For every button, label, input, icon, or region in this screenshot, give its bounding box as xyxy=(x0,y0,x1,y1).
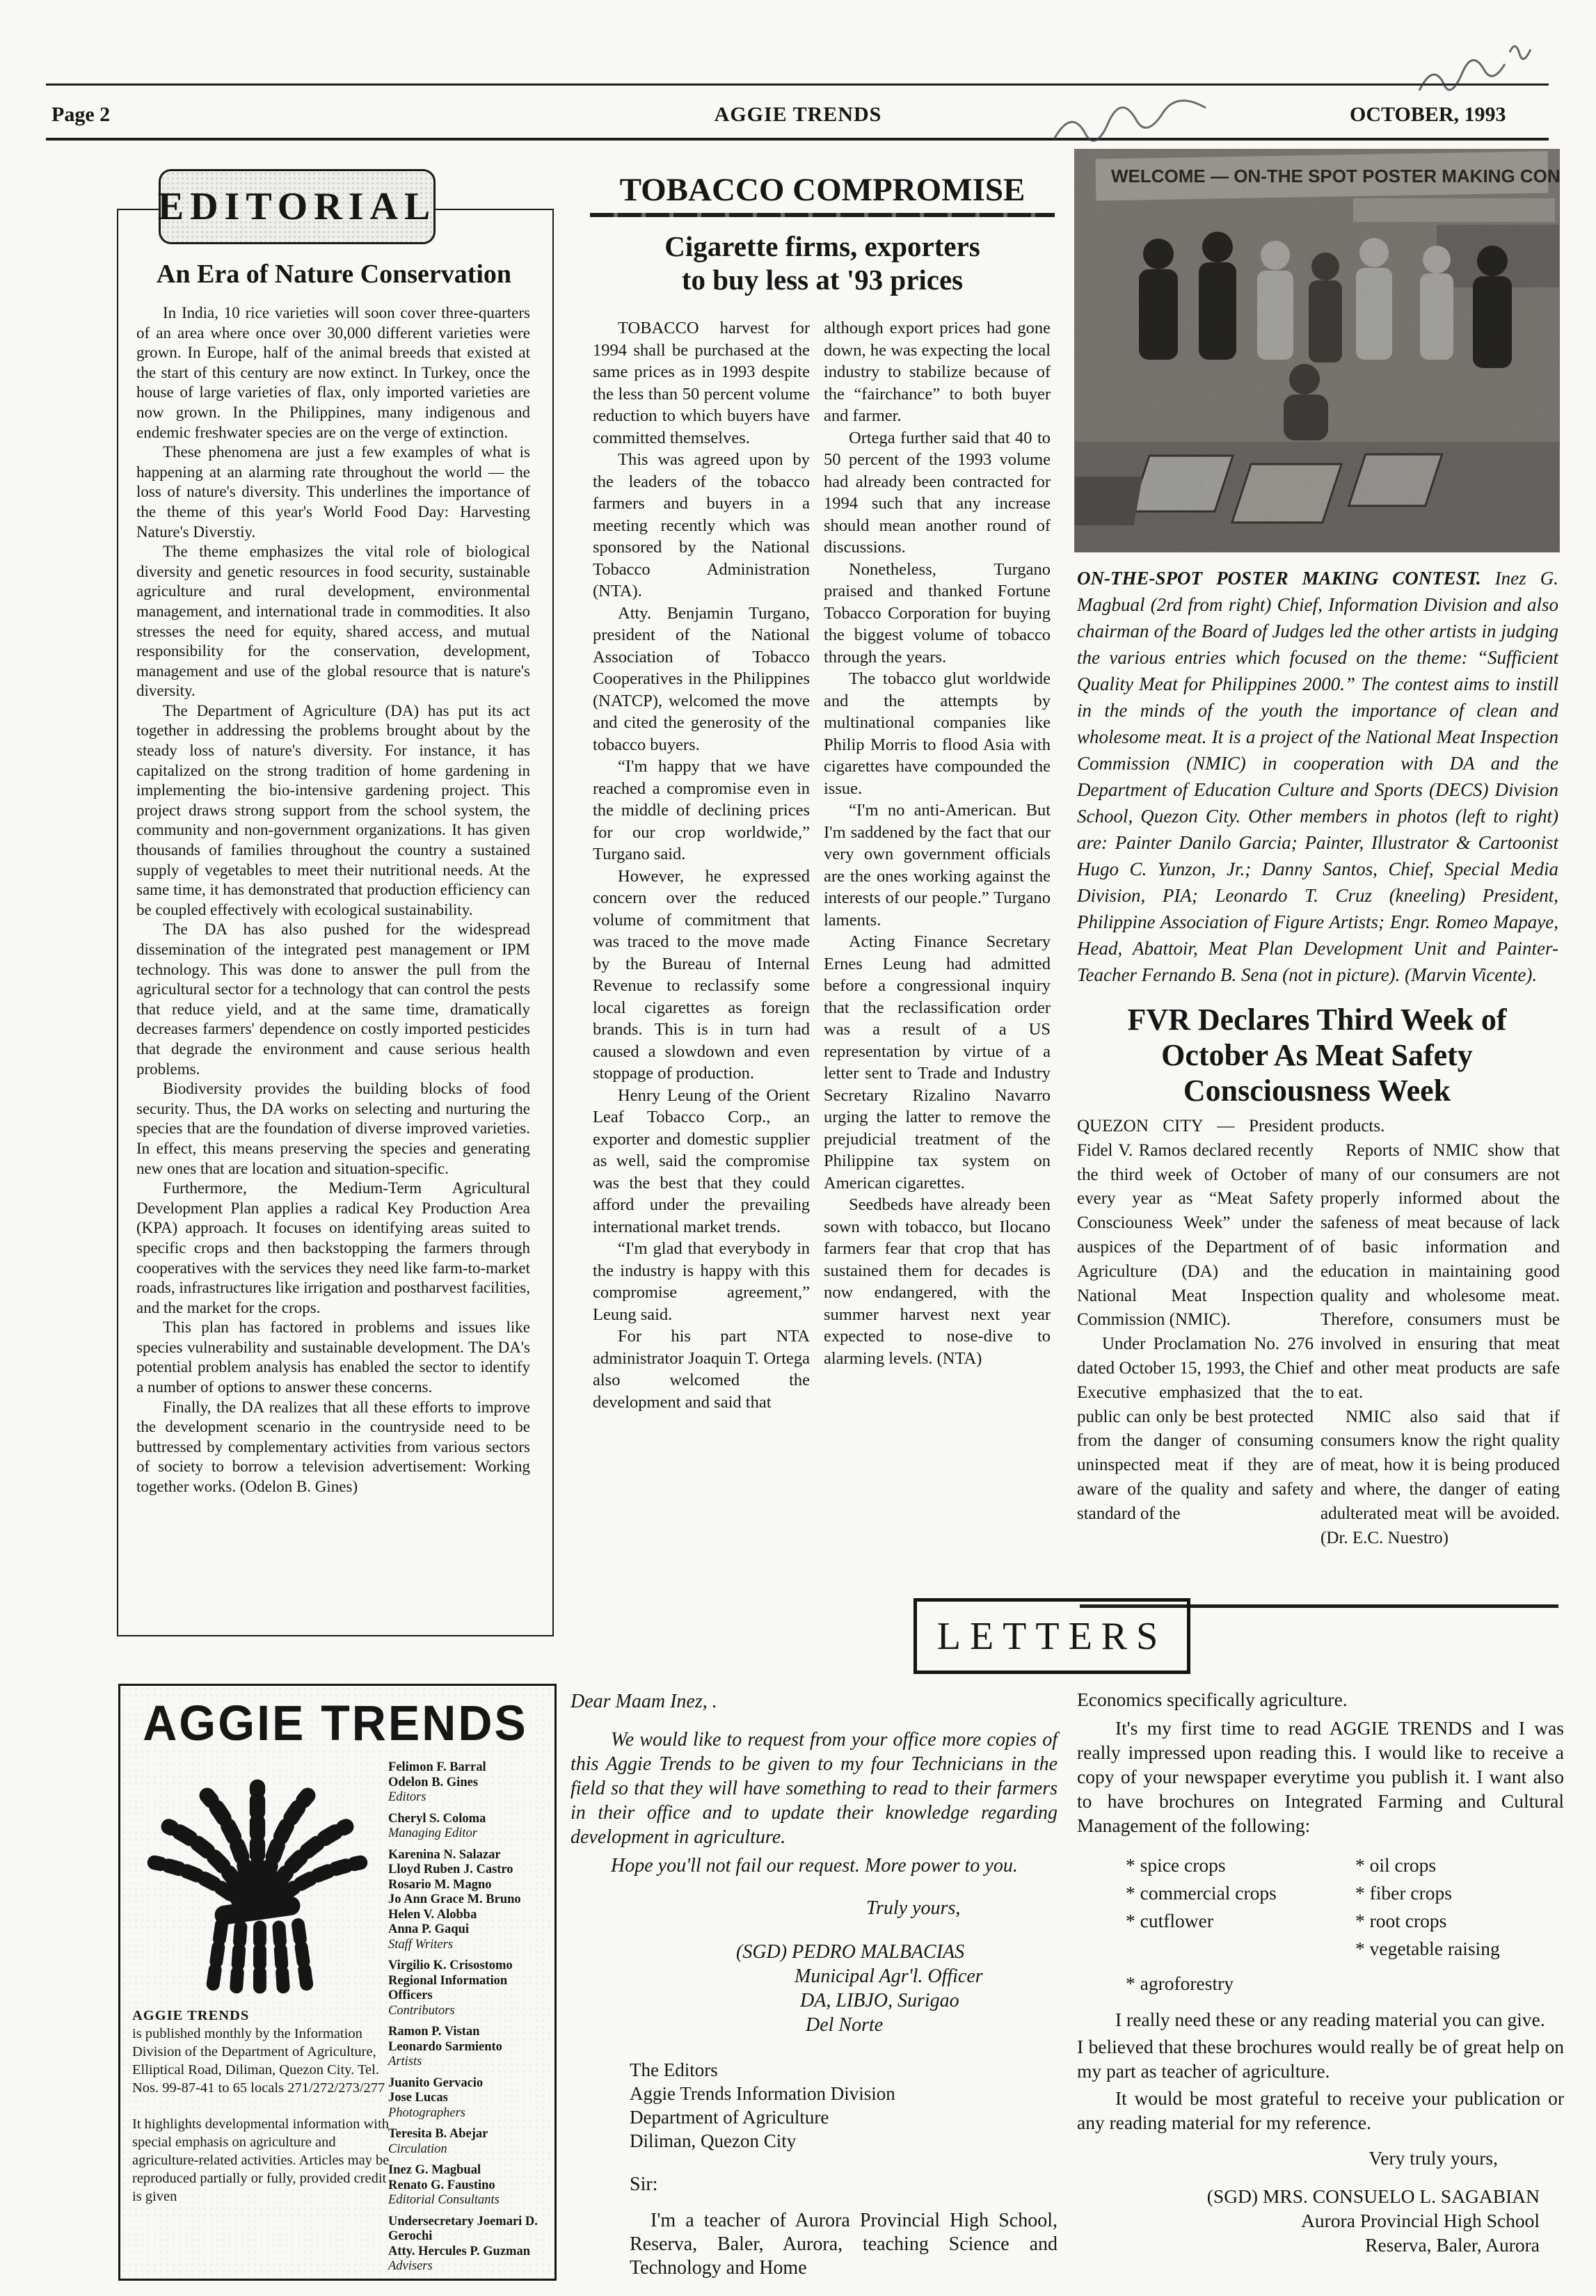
staff-name: Anna P. Gaqui xyxy=(388,1922,550,1938)
article-paragraph: although export prices had gone down, he… xyxy=(824,317,1051,427)
fvr-headline: FVR Declares Third Week of October As Me… xyxy=(1075,1002,1559,1108)
editorial-paragraph: The Department of Agriculture (DA) has p… xyxy=(136,701,530,920)
contest-photo: WELCOME — ON-THE SPOT POSTER MAKING CON xyxy=(1075,150,1559,552)
letter-closing: Very truly yours, xyxy=(1077,2146,1498,2170)
staff-name: Virgilio K. Crisostomo xyxy=(388,1959,550,1974)
wheat-sheaf-logo xyxy=(138,1756,377,2004)
staff-group: Karenina N. Salazar Lloyd Ruben J. Castr… xyxy=(388,1848,550,1953)
signer-location: Reserva, Baler, Aurora xyxy=(1077,2233,1540,2257)
brochure-list: * spice crops * commercial crops * cutfl… xyxy=(1126,1851,1564,1963)
staff-role: Staff Writers xyxy=(388,1938,550,1953)
letters-section-box: LETTERS xyxy=(913,1598,1190,1674)
article-paragraph: Under Proclamation No. 276 dated October… xyxy=(1077,1332,1314,1526)
brochure-item: * commercial crops xyxy=(1126,1879,1355,1907)
staff-name: Jose Lucas xyxy=(388,2091,550,2106)
brochure-item: * cutflower xyxy=(1126,1907,1355,1935)
masthead-about-title: AGGIE TRENDS xyxy=(132,2007,391,2025)
letter-addressee: The Editors Aggie Trends Information Div… xyxy=(630,2058,1058,2153)
tobacco-column-1: TOBACCO harvest for 1994 shall be purcha… xyxy=(593,317,810,1413)
staff-role: Advisers xyxy=(388,2259,550,2274)
letter-closing: Truly yours, xyxy=(866,1896,1058,1920)
letter-paragraph: Hope you'll not fail our request. More p… xyxy=(570,1853,1058,1878)
fvr-headline-line1: FVR Declares Third Week of xyxy=(1075,1002,1559,1037)
staff-group: Undersecretary Joemari D. Gerochi Atty. … xyxy=(388,2215,550,2274)
article-paragraph: Seedbeds have already been sown with tob… xyxy=(824,1194,1051,1369)
staff-role: Editorial Consultants xyxy=(388,2193,550,2208)
staff-name: Odelon B. Gines xyxy=(388,1776,550,1791)
staff-name: Teresita B. Abejar xyxy=(388,2127,550,2142)
staff-group: Cheryl S. Coloma Managing Editor xyxy=(388,1812,550,1842)
header-rule xyxy=(46,138,1549,141)
letter-paragraph: It would be most grateful to receive you… xyxy=(1077,2086,1564,2135)
letter-paragraph: I really need these or any reading mater… xyxy=(1077,2007,1564,2032)
fvr-column-1: QUEZON CITY — President Fidel V. Ramos d… xyxy=(1077,1115,1314,1526)
editorial-paragraph: The theme emphasizes the vital role of b… xyxy=(136,542,530,701)
article-paragraph: “I'm glad that everybody in the industry… xyxy=(593,1238,810,1325)
article-paragraph: Reports of NMIC show that many of our co… xyxy=(1320,1139,1560,1405)
addressee-line: Department of Agriculture xyxy=(630,2105,1058,2129)
signer-title: Municipal Agr'l. Officer xyxy=(795,1964,1058,1988)
signer-office: DA, LIBJO, Surigao xyxy=(800,1988,1058,2013)
photo-caption: ON-THE-SPOT POSTER MAKING CONTEST. Inez … xyxy=(1077,565,1558,988)
letter-paragraph: It's my first time to read AGGIE TRENDS … xyxy=(1077,1716,1564,1837)
tobacco-column-2: although export prices had gone down, he… xyxy=(824,317,1051,1369)
staff-name: Jo Ann Grace M. Bruno xyxy=(388,1892,550,1908)
staff-name: Helen V. Alobba xyxy=(388,1908,550,1923)
addressee-line: Aggie Trends Information Division xyxy=(630,2082,1058,2105)
editorial-body: In India, 10 rice varieties will soon co… xyxy=(136,303,530,1497)
fvr-headline-line3: Consciousness Week xyxy=(1075,1073,1559,1108)
staff-name: Felimon F. Barral xyxy=(388,1760,550,1776)
article-paragraph: The tobacco glut worldwide and the attem… xyxy=(824,668,1051,799)
article-paragraph: Acting Finance Secretary Ernes Leung had… xyxy=(824,931,1051,1194)
brochure-item: * vegetable raising xyxy=(1355,1935,1564,1963)
staff-name: Rosario M. Magno xyxy=(388,1878,550,1893)
signer-school: Aurora Provincial High School xyxy=(1077,2208,1540,2233)
editorial-paragraph: In India, 10 rice varieties will soon co… xyxy=(136,303,530,443)
newspaper-page: { "header": { "page_number": "Page 2", "… xyxy=(0,0,1596,2296)
masthead-box-title: AGGIE TRENDS xyxy=(124,1695,547,1752)
staff-name: Karenina N. Salazar xyxy=(388,1848,550,1863)
editorial-paragraph: These phenomena are just a few examples … xyxy=(136,443,530,542)
staff-name: Renato G. Faustino xyxy=(388,2178,550,2194)
brochure-item: * spice crops xyxy=(1126,1851,1355,1879)
staff-role: Circulation xyxy=(388,2142,550,2158)
editorial-paragraph: Biodiversity provides the building block… xyxy=(136,1079,530,1179)
letter-paragraph: I'm a teacher of Aurora Provincial High … xyxy=(630,2209,1058,2280)
editorial-paragraph: Finally, the DA realizes that all these … xyxy=(136,1398,530,1497)
article-paragraph: This was agreed upon by the leaders of t… xyxy=(593,449,810,603)
article-paragraph: Nonetheless, Turgano praised and thanked… xyxy=(824,559,1051,669)
staff-group: Ramon P. Vistan Leonardo Sarmiento Artis… xyxy=(388,2025,550,2070)
editorial-title: An Era of Nature Conservation xyxy=(117,259,551,289)
staff-role: Artists xyxy=(388,2055,550,2070)
fvr-column-2: products. Reports of NMIC show that many… xyxy=(1320,1115,1560,1550)
caption-text: Inez G. Magbual (2rd from right) Chief, … xyxy=(1077,568,1558,985)
letter-salutation-2: Sir: xyxy=(630,2172,1058,2197)
brochure-item: * fiber crops xyxy=(1355,1879,1564,1907)
staff-group: Inez G. Magbual Renato G. Faustino Edito… xyxy=(388,2163,550,2208)
tobacco-kicker: TOBACCO COMPROMISE xyxy=(590,171,1055,209)
caption-lead: ON-THE-SPOT POSTER MAKING CONTEST. xyxy=(1077,568,1481,589)
addressee-line: Diliman, Quezon City xyxy=(630,2129,1058,2153)
masthead-about: AGGIE TRENDS is published monthly by the… xyxy=(132,2007,391,2206)
article-paragraph: However, he expressed concern over the r… xyxy=(593,866,810,1085)
article-paragraph: Ortega further said that 40 to 50 percen… xyxy=(824,427,1051,559)
editorial-stamp: EDITORIAL xyxy=(159,169,436,244)
brochure-item: * agroforestry xyxy=(1126,1970,1564,1998)
staff-name: Juanito Gervacio xyxy=(388,2076,550,2091)
letter-continuation: Economics specifically agriculture. xyxy=(1077,1687,1564,1712)
staff-group: Felimon F. Barral Odelon B. Gines Editor… xyxy=(388,1760,550,1805)
letter-salutation: Dear Maam Inez, . xyxy=(570,1689,1058,1714)
tobacco-headline-line1: Cigarette firms, exporters xyxy=(590,230,1055,263)
masthead-staff-list: Felimon F. Barral Odelon B. Gines Editor… xyxy=(388,1760,550,2281)
tobacco-rule xyxy=(590,213,1055,217)
signer-location: Del Norte xyxy=(806,2013,1058,2037)
letter-signature-block: (SGD) MRS. CONSUELO L. SAGABIAN Aurora P… xyxy=(1077,2184,1540,2257)
staff-role: Contributors xyxy=(388,2004,550,2019)
fvr-headline-line2: October As Meat Safety xyxy=(1075,1037,1559,1073)
handwritten-scribble xyxy=(1405,28,1572,118)
article-paragraph: NMIC also said that if consumers know th… xyxy=(1320,1405,1560,1551)
staff-name: Cheryl S. Coloma xyxy=(388,1812,550,1827)
article-paragraph: Henry Leung of the Orient Leaf Tobacco C… xyxy=(593,1085,810,1238)
letter-paragraph: We would like to request from your offic… xyxy=(570,1728,1058,1849)
staff-name: Atty. Hercules P. Guzman xyxy=(388,2245,550,2260)
staff-name: Inez G. Magbual xyxy=(388,2163,550,2178)
article-paragraph: products. xyxy=(1320,1115,1560,1139)
article-paragraph: QUEZON CITY — President Fidel V. Ramos d… xyxy=(1077,1115,1314,1332)
letter-paragraph: I believed that these brochures would re… xyxy=(1077,2034,1564,2083)
editorial-paragraph: Furthermore, the Medium-Term Agricultura… xyxy=(136,1179,530,1318)
photo-halftone-image: WELCOME — ON-THE SPOT POSTER MAKING CON xyxy=(1075,150,1559,552)
editorial-paragraph: The DA has also pushed for the widesprea… xyxy=(136,920,530,1079)
editorial-paragraph: This plan has factored in problems and i… xyxy=(136,1318,530,1397)
top-rule xyxy=(46,83,1549,86)
article-paragraph: For his part NTA administrator Joaquin T… xyxy=(593,1325,810,1413)
article-paragraph: “I'm happy that we have reached a compro… xyxy=(593,756,810,866)
brochure-item: * root crops xyxy=(1355,1907,1564,1935)
article-paragraph: “I'm no anti-American. But I'm saddened … xyxy=(824,799,1051,931)
brochure-column-right: * oil crops * fiber crops * root crops *… xyxy=(1355,1851,1564,1963)
brochure-column-left: * spice crops * commercial crops * cutfl… xyxy=(1126,1851,1355,1963)
staff-group: Teresita B. Abejar Circulation xyxy=(388,2127,550,2157)
article-paragraph: TOBACCO harvest for 1994 shall be purcha… xyxy=(593,317,810,449)
tobacco-headline: Cigarette firms, exporters to buy less a… xyxy=(590,230,1055,296)
masthead-about-text-2: It highlights developmental information … xyxy=(132,2115,391,2206)
staff-group: Virgilio K. Crisostomo Regional Informat… xyxy=(388,1959,550,2018)
staff-role: Managing Editor xyxy=(388,1826,550,1842)
staff-name: Ramon P. Vistan xyxy=(388,2025,550,2040)
letter-signature: (SGD) MRS. CONSUELO L. SAGABIAN xyxy=(1077,2184,1540,2208)
staff-group: Juanito Gervacio Jose Lucas Photographer… xyxy=(388,2076,550,2121)
staff-name: Lloyd Ruben J. Castro xyxy=(388,1863,550,1878)
staff-role: Photographers xyxy=(388,2106,550,2121)
brochure-item: * oil crops xyxy=(1355,1851,1564,1879)
letters-label: LETTERS xyxy=(937,1614,1167,1659)
article-paragraph: Atty. Benjamin Turgano, president of the… xyxy=(593,603,810,756)
letter-first: Dear Maam Inez, . We would like to reque… xyxy=(570,1689,1058,2280)
letter-second: Economics specifically agriculture. It's… xyxy=(1077,1687,1564,2257)
addressee-line: The Editors xyxy=(630,2058,1058,2082)
masthead-about-text: is published monthly by the Information … xyxy=(132,2025,391,2097)
staff-name: Regional Information Officers xyxy=(388,1974,550,2004)
staff-role: Editors xyxy=(388,1790,550,1805)
staff-name: Leonardo Sarmiento xyxy=(388,2040,550,2055)
tobacco-headline-line2: to buy less at '93 prices xyxy=(590,263,1055,296)
staff-name: Undersecretary Joemari D. Gerochi xyxy=(388,2215,550,2245)
letter-signature: (SGD) PEDRO MALBACIAS xyxy=(736,1940,1058,1964)
